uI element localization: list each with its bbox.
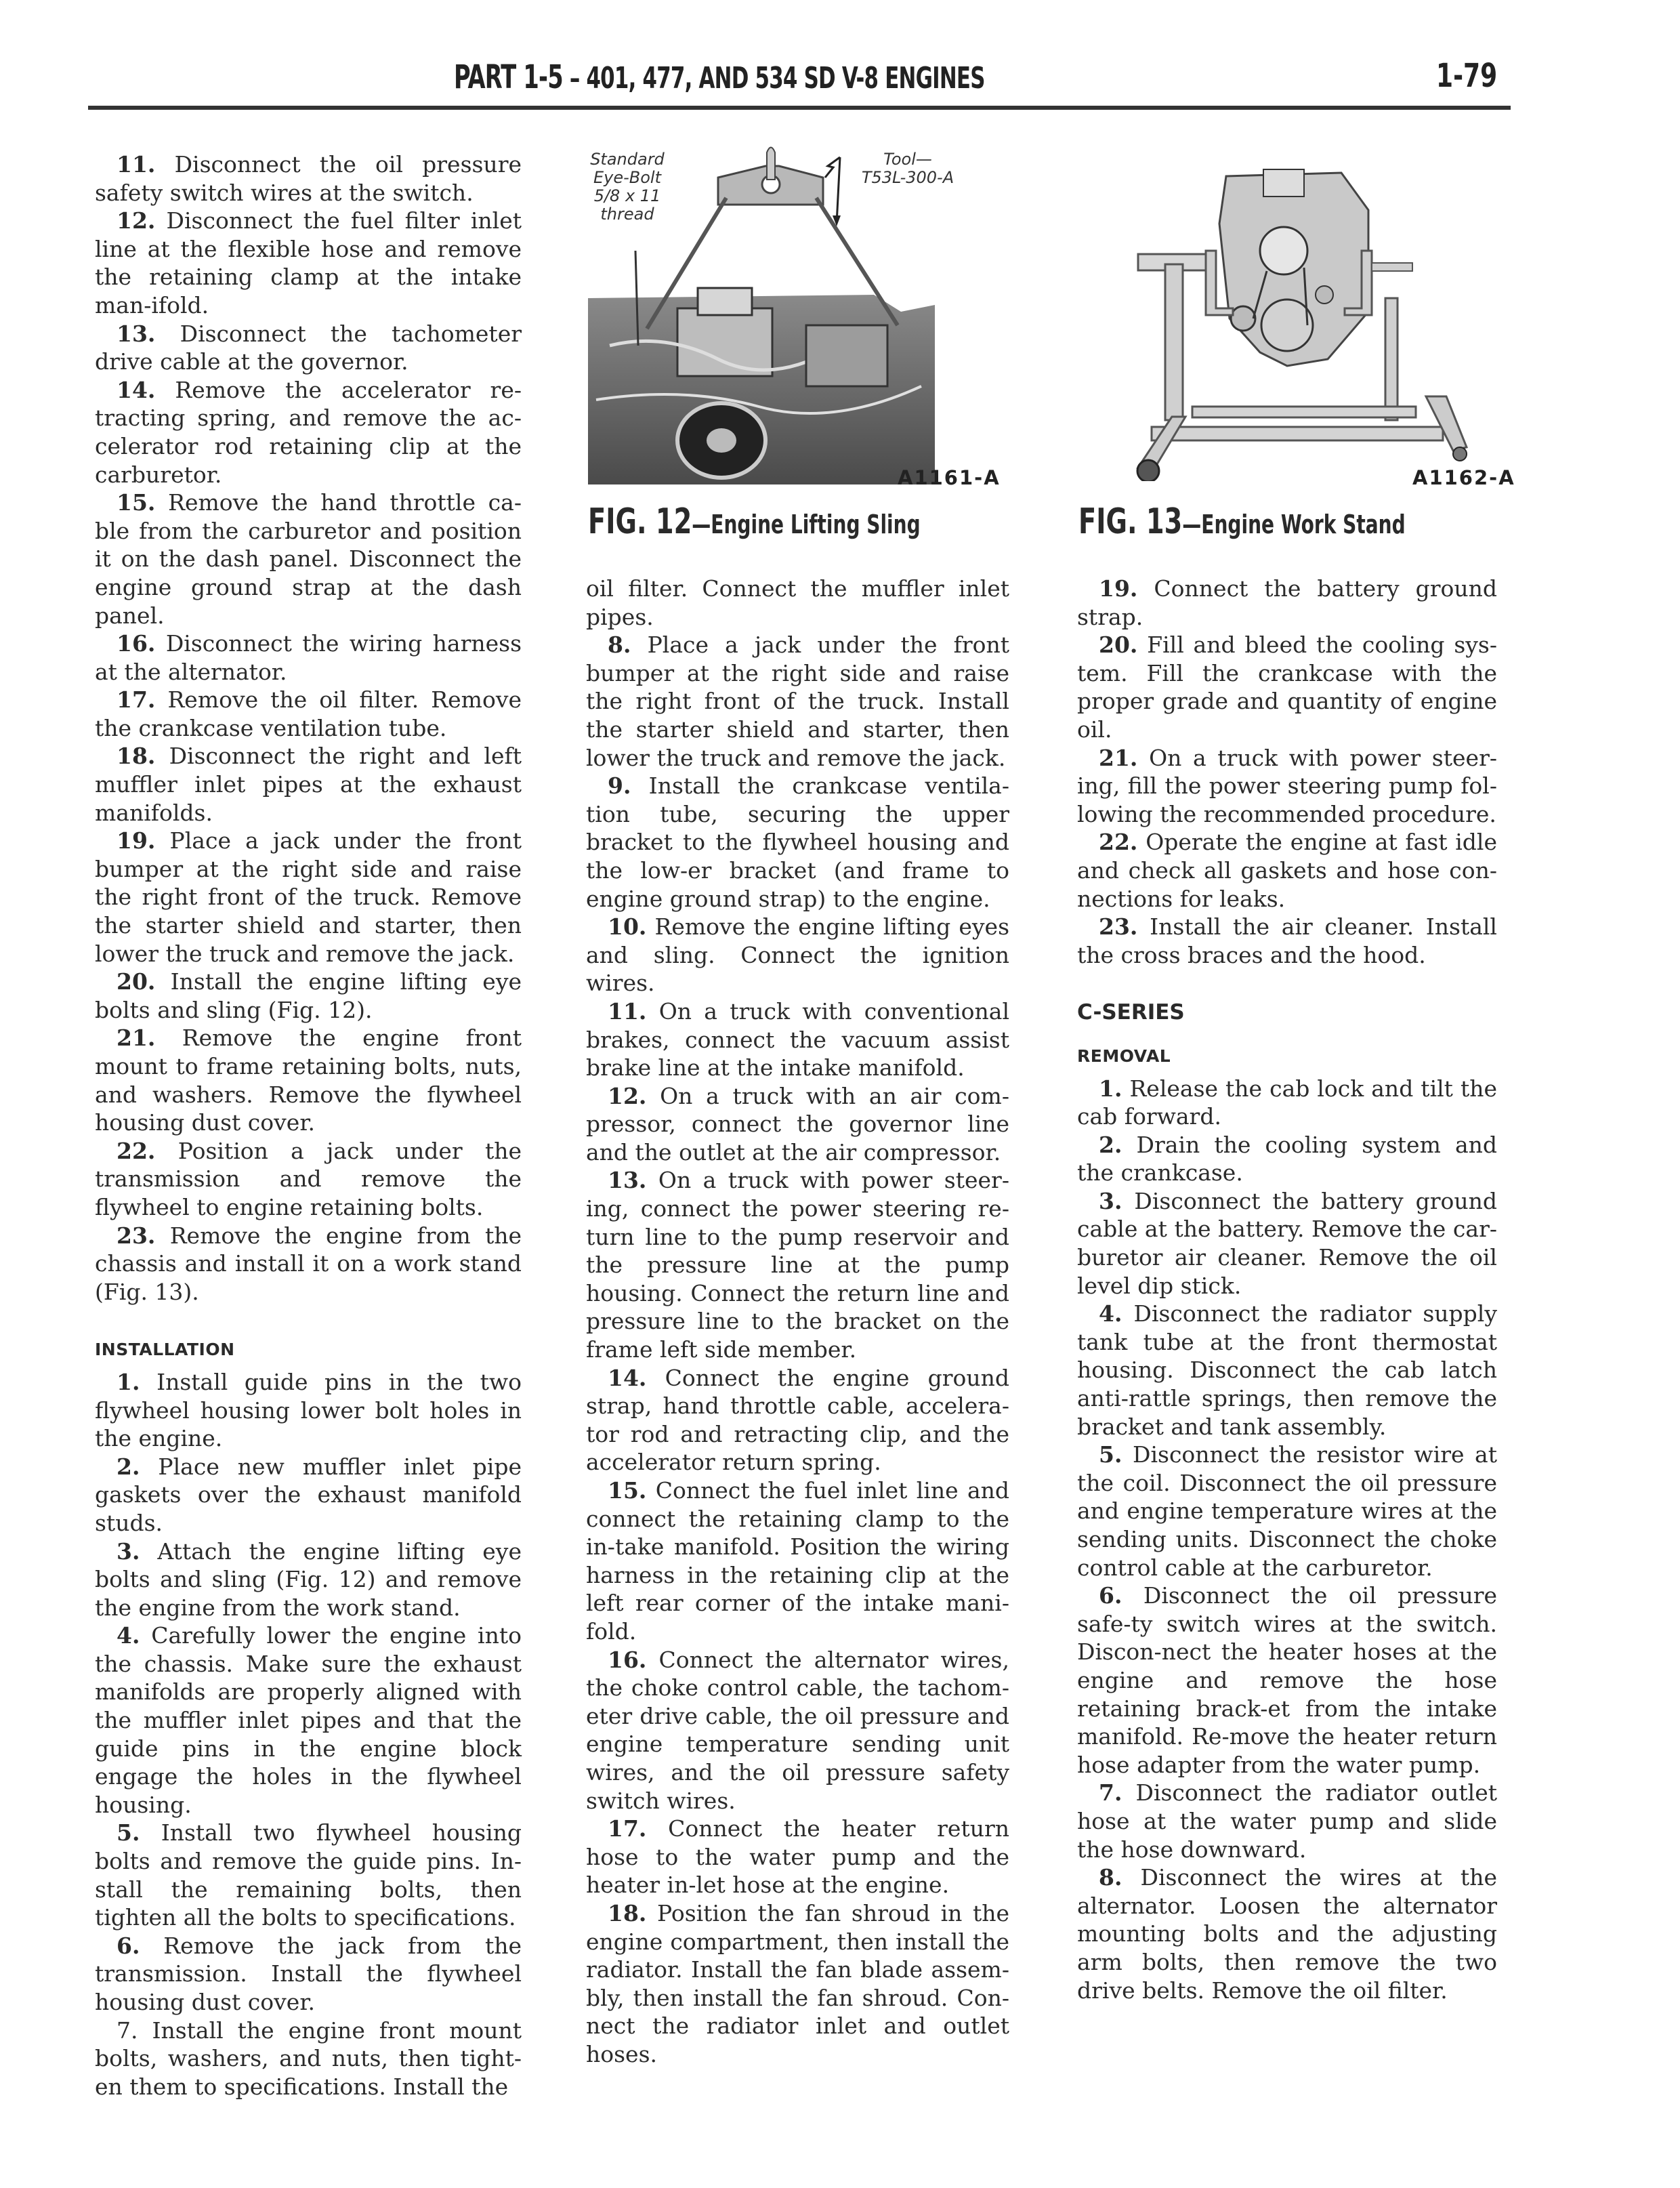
step-number: 13. (117, 321, 155, 347)
step-number: 18. (117, 743, 155, 769)
step: 13. On a truck with power steer-ing, con… (586, 1166, 1009, 1363)
callout-line: Tool— (854, 150, 962, 169)
step-text: Carefully lower the engine into the chas… (95, 1622, 522, 1818)
step: 20. Install the engine lifting eye bolts… (95, 968, 522, 1024)
step-text: Remove the engine front mount to frame r… (95, 1025, 522, 1136)
step: 12. Disconnect the fuel filter inlet lin… (95, 207, 522, 319)
step-number: 3. (1099, 1188, 1122, 1214)
step: 5. Install two flywheel housing bolts an… (95, 1819, 522, 1931)
step-text: On a truck with power steer-ing, fill th… (1077, 745, 1497, 827)
step-text: Disconnect the resistor wire at the coil… (1077, 1441, 1497, 1580)
step: 3. Disconnect the battery ground cable a… (1077, 1187, 1497, 1300)
callout-line: 5/8 x 11 (587, 187, 668, 205)
step: 22. Operate the engine at fast idle and … (1077, 828, 1497, 913)
step-number: 17. (117, 686, 155, 713)
step-number: 1. (117, 1369, 140, 1395)
step-number: 10. (608, 913, 646, 940)
step-text: Disconnect the wires at the alternator. … (1077, 1864, 1497, 2003)
step: 17. Remove the oil filter. Remove the cr… (95, 686, 522, 742)
step-text: Remove the hand throttle ca-ble from the… (95, 489, 522, 628)
step-text: Install the engine front mount bolts, wa… (95, 2017, 522, 2100)
step-number: 11. (117, 151, 155, 178)
step: 7. Disconnect the radiator outlet hose a… (1077, 1779, 1497, 1863)
figure-13: A1162-A FIG. 13—Engine Work Stand (1070, 142, 1517, 501)
step-text: Disconnect the radiator outlet hose at t… (1077, 1779, 1497, 1862)
section-title: 401, 477, AND 534 SD V-8 ENGINES (586, 61, 984, 96)
step-number: 21. (1099, 745, 1137, 771)
header-rule (88, 106, 1511, 110)
step: 10. Remove the engine lifting eyes and s… (586, 913, 1009, 997)
step-text: Remove the engine from the chassis and i… (95, 1222, 522, 1305)
step: 1. Release the cab lock and tilt the cab… (1077, 1075, 1497, 1131)
callout-line: Eye-Bolt (587, 169, 668, 187)
step-number: 8. (608, 632, 631, 658)
page-number: 1-79 (1436, 57, 1497, 95)
installation-heading: INSTALLATION (95, 1336, 522, 1364)
step-text: Remove the jack from the transmission. I… (95, 1933, 522, 2015)
part-label: PART 1-5 (454, 58, 563, 96)
column-3: 19. Connect the battery ground strap. 20… (1077, 575, 1497, 2004)
step-number: 12. (608, 1083, 646, 1109)
step: 16. Disconnect the wiring harness at the… (95, 629, 522, 686)
step: 8. Place a jack under the front bumper a… (586, 631, 1009, 772)
step-text: Disconnect the radiator supply tank tube… (1077, 1300, 1497, 1439)
step-number: 7. (117, 2017, 138, 2044)
step: 13. Disconnect the tachometer drive cabl… (95, 320, 522, 376)
figure-title: Engine Work Stand (1201, 510, 1405, 539)
c-series-heading: C-SERIES (1077, 999, 1497, 1027)
step-text: Drain the cooling system and the crankca… (1077, 1132, 1497, 1186)
step: 2. Drain the cooling system and the cran… (1077, 1131, 1497, 1187)
continued-text: oil filter. Connect the muffler inlet pi… (586, 575, 1009, 631)
caption-dash: — (692, 510, 711, 539)
figure-number: FIG. 12 (588, 501, 692, 542)
step-text: Position the fan shroud in the engine co… (586, 1900, 1009, 2067)
step: 3. Attach the engine lifting eye bolts a… (95, 1537, 522, 1622)
step-text: Install two flywheel housing bolts and r… (95, 1819, 522, 1931)
step-text: Install the crankcase ventila-tion tube,… (586, 772, 1009, 911)
step-text: Connect the engine ground strap, hand th… (586, 1365, 1009, 1476)
step-text: Disconnect the wiring harness at the alt… (95, 630, 522, 685)
installation-steps: 1. Install guide pins in the two flywhee… (95, 1368, 522, 2101)
step-text: Install the air cleaner. Install the cro… (1077, 913, 1497, 968)
step-text: Remove the oil filter. Remove the crankc… (95, 686, 522, 741)
step-text: Remove the accelerator re-tracting sprin… (95, 377, 522, 488)
caption-dash: — (1182, 510, 1201, 539)
step: 1. Install guide pins in the two flywhee… (95, 1368, 522, 1453)
figure-number: FIG. 13 (1078, 501, 1182, 542)
step-text: Position a jack under the transmission a… (95, 1138, 522, 1220)
engine-work-stand-illustration (1070, 142, 1517, 481)
step-text: Connect the battery ground strap. (1077, 575, 1497, 630)
step-number: 5. (1099, 1441, 1122, 1468)
step-number: 23. (1099, 913, 1137, 940)
step: 17. Connect the heater return hose to th… (586, 1815, 1009, 1899)
step-number: 22. (117, 1138, 155, 1164)
step-number: 2. (1099, 1132, 1122, 1158)
step-number: 8. (1099, 1864, 1122, 1891)
step-number: 16. (608, 1647, 646, 1673)
step-text: Disconnect the oil pressure safe-ty swit… (1077, 1582, 1497, 1778)
step-text: Disconnect the tachometer drive cable at… (95, 321, 522, 375)
step: 23. Remove the engine from the chassis a… (95, 1222, 522, 1306)
step-number: 23. (117, 1222, 155, 1249)
step: 4. Carefully lower the engine into the c… (95, 1622, 522, 1819)
removal-steps-continued: 11. Disconnect the oil pressure safety s… (95, 150, 522, 1306)
column-2: oil filter. Connect the muffler inlet pi… (586, 575, 1009, 2068)
figure-code: A1161-A (898, 466, 1001, 489)
step: 14. Connect the engine ground strap, han… (586, 1364, 1009, 1477)
step-text: Disconnect the fuel filter inlet line at… (95, 207, 522, 318)
step: 6. Remove the jack from the transmission… (95, 1932, 522, 2017)
step-text: Attach the engine lifting eye bolts and … (95, 1538, 522, 1621)
step-number: 20. (117, 968, 155, 995)
step-number: 4. (117, 1622, 140, 1649)
step: 4. Disconnect the radiator supply tank t… (1077, 1300, 1497, 1441)
step-number: 20. (1099, 632, 1137, 658)
header-dash: – (563, 61, 587, 96)
page-header: PART 1-5 – 401, 477, AND 534 SD V-8 ENGI… (88, 53, 1511, 100)
step-number: 12. (117, 207, 155, 234)
step-text: Place a jack under the front bumper at t… (95, 827, 522, 966)
step-number: 3. (117, 1538, 140, 1565)
callout-eye-bolt: Standard Eye-Bolt 5/8 x 11 thread (587, 150, 668, 224)
step-number: 1. (1099, 1075, 1122, 1102)
step-text: Disconnect the right and left muffler in… (95, 743, 522, 825)
step-number: 19. (1099, 575, 1137, 602)
step: 9. Install the crankcase ventila-tion tu… (586, 772, 1009, 913)
step-text: Operate the engine at fast idle and chec… (1077, 829, 1497, 911)
step-number: 22. (1099, 829, 1137, 855)
step-number: 15. (608, 1477, 646, 1504)
step: 14. Remove the accelerator re-tracting s… (95, 376, 522, 489)
step: 23. Install the air cleaner. Install the… (1077, 913, 1497, 969)
figure-code: A1162-A (1412, 466, 1515, 489)
step: 6. Disconnect the oil pressure safe-ty s… (1077, 1582, 1497, 1779)
step: 7. Install the engine front mount bolts,… (95, 2017, 522, 2101)
figure-12: Standard Eye-Bolt 5/8 x 11 thread Tool— … (583, 142, 1016, 501)
figure-title: Engine Lifting Sling (711, 510, 920, 539)
step-number: 6. (1099, 1582, 1122, 1609)
step-text: Disconnect the oil pressure safety switc… (95, 151, 522, 206)
step-number: 6. (117, 1933, 140, 1959)
step-number: 13. (608, 1167, 646, 1193)
step-text: Connect the heater return hose to the wa… (586, 1815, 1009, 1898)
step: 5. Disconnect the resistor wire at the c… (1077, 1441, 1497, 1582)
step: 16. Connect the alternator wires, the ch… (586, 1646, 1009, 1815)
callout-line: thread (587, 205, 668, 224)
step: 11. On a truck with conventional brakes,… (586, 997, 1009, 1082)
step: 12. On a truck with an air com-pressor, … (586, 1082, 1009, 1167)
step: 20. Fill and bleed the cooling sys-tem. … (1077, 631, 1497, 743)
step: 8. Disconnect the wires at the alternato… (1077, 1863, 1497, 2004)
running-head: PART 1-5 – 401, 477, AND 534 SD V-8 ENGI… (454, 58, 985, 96)
step: 19. Place a jack under the front bumper … (95, 827, 522, 968)
step-text: Release the cab lock and tilt the cab fo… (1077, 1075, 1497, 1130)
step-text: Connect the fuel inlet line and connect … (586, 1477, 1009, 1645)
step: 15. Remove the hand throttle ca-ble from… (95, 489, 522, 629)
step-text: Install guide pins in the two flywheel h… (95, 1369, 522, 1451)
callout-tool: Tool— T53L-300-A (854, 150, 962, 187)
step-text: On a truck with power steer-ing, connect… (586, 1167, 1009, 1363)
figure-caption: FIG. 13—Engine Work Stand (1078, 501, 1406, 542)
step-number: 4. (1099, 1300, 1122, 1327)
step: 19. Connect the battery ground strap. (1077, 575, 1497, 631)
step: 11. Disconnect the oil pressure safety s… (95, 150, 522, 207)
step-number: 2. (117, 1453, 140, 1480)
step-number: 11. (608, 998, 646, 1025)
step: 21. On a truck with power steer-ing, fil… (1077, 744, 1497, 829)
step-number: 14. (608, 1365, 646, 1391)
step: 18. Disconnect the right and left muffle… (95, 742, 522, 827)
step-number: 9. (608, 772, 631, 799)
step-number: 7. (1099, 1779, 1122, 1806)
step-text: Install the engine lifting eye bolts and… (95, 968, 522, 1023)
step-text: Remove the engine lifting eyes and sling… (586, 913, 1009, 996)
step-number: 18. (608, 1900, 646, 1926)
step: 21. Remove the engine front mount to fra… (95, 1024, 522, 1136)
step-text: Disconnect the battery ground cable at t… (1077, 1188, 1497, 1299)
step-text: On a truck with an air com-pressor, conn… (586, 1083, 1009, 1165)
callout-line: T53L-300-A (854, 169, 962, 187)
step: 22. Position a jack under the transmissi… (95, 1137, 522, 1222)
step-text: Fill and bleed the cooling sys-tem. Fill… (1077, 632, 1497, 743)
step-number: 16. (117, 630, 155, 657)
removal-heading: REMOVAL (1077, 1042, 1497, 1071)
step-text: On a truck with conventional brakes, con… (586, 998, 1009, 1081)
step-number: 17. (608, 1815, 646, 1842)
step-text: Place new muffler inlet pipe gaskets ove… (95, 1453, 522, 1536)
step: 18. Position the fan shroud in the engin… (586, 1899, 1009, 2069)
step-number: 5. (117, 1819, 140, 1846)
step: 2. Place new muffler inlet pipe gaskets … (95, 1453, 522, 1537)
figure-caption: FIG. 12—Engine Lifting Sling (588, 501, 921, 542)
step-number: 15. (117, 489, 155, 516)
callout-line: Standard (587, 150, 668, 169)
step-number: 14. (117, 377, 155, 403)
step-number: 19. (117, 827, 155, 854)
step-text: Connect the alternator wires, the choke … (586, 1647, 1009, 1814)
step-number: 21. (117, 1025, 155, 1051)
step-text: Place a jack under the front bumper at t… (586, 632, 1009, 770)
step: 15. Connect the fuel inlet line and conn… (586, 1477, 1009, 1646)
column-1: 11. Disconnect the oil pressure safety s… (95, 150, 522, 2101)
